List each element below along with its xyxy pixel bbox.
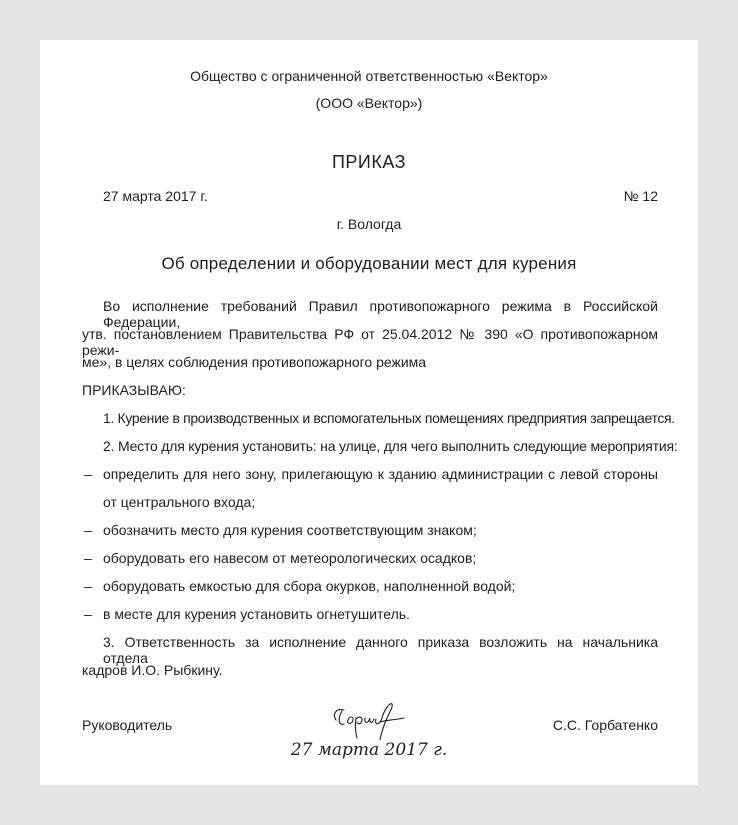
document-type-title: ПРИКАЗ [40,152,698,172]
dash-bullet: – [84,466,92,482]
dash-bullet: – [84,578,92,594]
order-word: ПРИКАЗЫВАЮ: [82,382,658,398]
sub-item-4: оборудовать емкостью для сбора окурков, … [103,578,658,594]
preamble-line-3: ме», в целях соблюдения противопожарного… [82,354,658,370]
organization-short-name: (ООО «Вектор») [40,95,698,111]
order-item-1: 1. Курение в производственных и вспомога… [103,410,658,426]
order-item-3-continuation: кадров И.О. Рыбкину. [82,662,658,678]
sub-item-1: определить для него зону, прилегающую к … [103,466,658,482]
organization-full-name: Общество с ограниченной ответственностью… [40,68,698,84]
sub-item-3: оборудовать его навесом от метеорологиче… [103,550,658,566]
sub-item-1-continuation: от центрального входа; [103,494,658,510]
sub-item-2: обозначить место для курения соответству… [103,522,658,538]
signatory-role: Руководитель [82,717,172,733]
document-date: 27 марта 2017 г. [103,188,208,204]
dash-bullet: – [84,606,92,622]
order-item-2: 2. Место для курения установить: на улиц… [103,438,658,454]
dash-bullet: – [84,522,92,538]
document-city: г. Вологда [40,216,698,232]
dash-bullet: – [84,550,92,566]
sub-item-5: в месте для курения установить огнетушит… [103,606,658,622]
signature-date: 27 марта 2017 г. [40,740,698,760]
document-number: № 12 [624,188,658,204]
signatory-name: С.С. Горбатенко [553,717,658,733]
document-subject: Об определении и оборудовании мест для к… [40,254,698,274]
handwritten-signature-icon [322,700,432,740]
document-page: Общество с ограниченной ответственностью… [40,40,698,785]
